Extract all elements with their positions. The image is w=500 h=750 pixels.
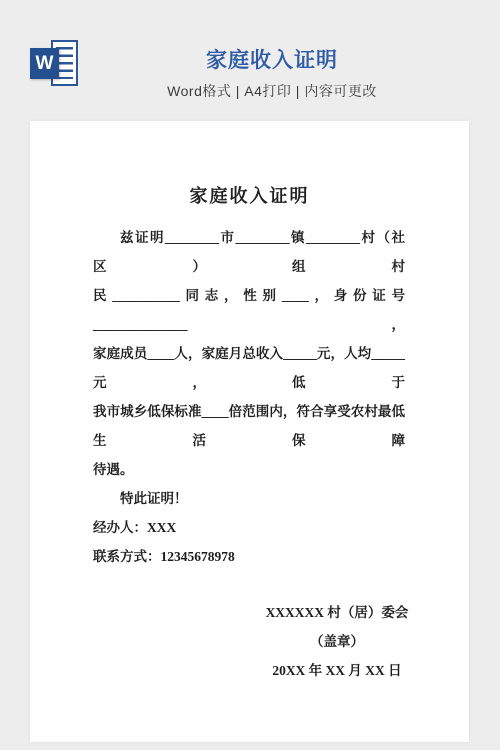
handler-line: 经办人：XXX xyxy=(93,513,405,542)
document-title: 家庭收入证明 xyxy=(30,182,469,208)
body-line-2: 民__________同志，性别____，身份证号______________， xyxy=(93,281,405,339)
body-line-1: 兹证明________市________镇________村（社区）组村 xyxy=(93,223,405,281)
document-body: 兹证明________市________镇________村（社区）组村 民__… xyxy=(93,223,405,685)
body-line-6: 特此证明！ xyxy=(93,484,405,513)
document-page: 家庭收入证明 兹证明________市________镇________村（社区… xyxy=(30,121,469,742)
page-title: 家庭收入证明 xyxy=(44,44,500,74)
page-subtitle: Word格式 | A4打印 | 内容可更改 xyxy=(44,81,500,101)
closing-block: XXXXXX 村（居）委会 （盖章） 20XX 年 XX 月 XX 日 xyxy=(269,598,405,685)
body-line-3: 家庭成员____人，家庭月总收入_____元，人均_____元，低于 xyxy=(93,339,405,397)
closing-seal: （盖章） xyxy=(310,627,364,656)
closing-date: 20XX 年 XX 月 XX 日 xyxy=(272,656,401,685)
body-line-5: 待遇。 xyxy=(93,455,405,484)
closing-committee: XXXXXX 村（居）委会 xyxy=(266,598,409,627)
template-header: W 家庭收入证明 Word格式 | A4打印 | 内容可更改 xyxy=(0,0,500,121)
header-text-block: 家庭收入证明 Word格式 | A4打印 | 内容可更改 xyxy=(44,44,500,101)
contact-line: 联系方式：12345678978 xyxy=(93,542,405,571)
body-line-4: 我市城乡低保标准____倍范围内，符合享受农村最低生活保障 xyxy=(93,397,405,455)
